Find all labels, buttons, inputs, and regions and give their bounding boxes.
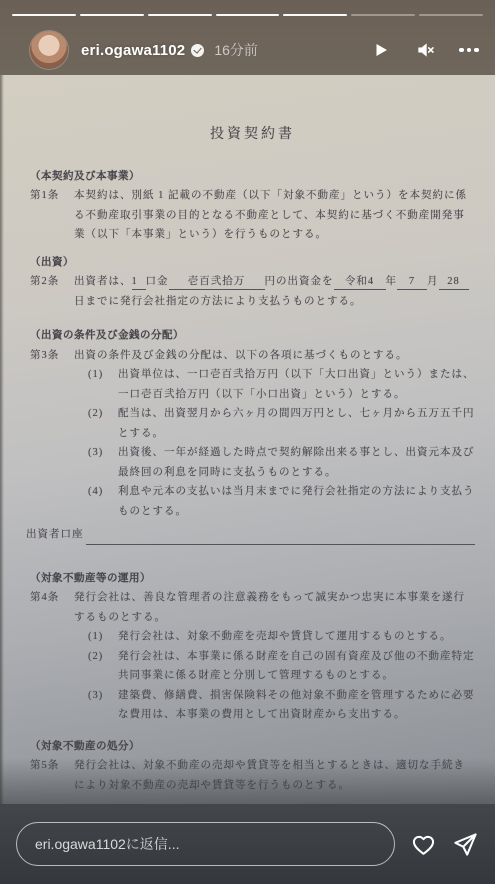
section-heading-2: （出資） [30, 253, 475, 273]
mute-button[interactable] [413, 38, 437, 62]
reply-input[interactable] [35, 836, 376, 852]
progress-segment [80, 14, 144, 16]
progress-segment [148, 14, 212, 16]
story-media[interactable]: 投資契約書 （本契約及び本事業） 第1条 本契約は、別紙 1 記載の不動産（以下… [0, 75, 495, 804]
investor-account-blank [86, 531, 476, 545]
investor-account-row: 出資者口座 [26, 525, 475, 545]
heart-icon [410, 831, 437, 858]
story-footer [0, 804, 495, 884]
clause-item: (3) 建築費、修繕費、損害保険料その他対象不動産を管理するために必要な費用は、… [88, 686, 475, 725]
section-heading-3: （出資の条件及び金銭の分配） [30, 326, 475, 346]
document-title: 投資契約書 [30, 125, 475, 145]
investor-account-label: 出資者口座 [26, 525, 84, 545]
reply-field-container[interactable] [16, 822, 395, 866]
fill-day: 28 [439, 275, 469, 290]
more-options-button[interactable] [457, 38, 481, 62]
article-4-intro: 発行会社は、善良な管理者の注意義務をもって誠実かつ忠実に本事業を遂行するものとす… [74, 588, 475, 627]
section-heading-1: （本契約及び本事業） [30, 167, 475, 187]
article-4: 第4条 発行会社は、善良な管理者の注意義務をもって誠実かつ忠実に本事業を遂行する… [30, 588, 475, 725]
clause-item: (1) 発行会社は、対象不動産を売却や賃貸して運用するものとする。 [88, 627, 475, 647]
avatar[interactable] [30, 31, 68, 69]
share-button[interactable] [451, 830, 479, 858]
play-button[interactable] [369, 38, 393, 62]
progress-segment [351, 14, 415, 16]
article-1-text: 本契約は、別紙 1 記載の不動産（以下「対象不動産」という）を本契約に係る不動産… [74, 186, 475, 245]
clause-item: (4) 利息や元本の支払いは当月末までに発行会社指定の方法により支払うものとする… [88, 482, 475, 521]
section-heading-4: （対象不動産等の運用） [30, 569, 475, 589]
username[interactable]: eri.ogawa1102 [81, 42, 185, 59]
article-3-intro: 出資の条件及び金銭の分配は、以下の各項に基づくものとする。 [74, 346, 475, 366]
sound-off-icon [415, 40, 435, 60]
progress-segment [419, 14, 483, 16]
progress-segment [283, 14, 347, 16]
clause-item: (2) 発行会社は、本事業に係る財産を自己の固有資産及び他の不動産特定共同事業に… [88, 647, 475, 686]
story-timestamp: 16分前 [214, 40, 258, 60]
verified-badge-icon [191, 44, 204, 57]
fill-units: 1 [132, 275, 146, 290]
progress-segment [12, 14, 76, 16]
progress-segment [216, 14, 280, 16]
article-1-label: 第1条 [30, 186, 74, 206]
clause-item: (3) 出資後、一年が経過した時点で契約解除出来る事とし、出資元本及び最終回の利… [88, 443, 475, 482]
like-button[interactable] [409, 830, 437, 858]
clause-item: (2) 配当は、出資翌月から六ヶ月の間四万円とし、七ヶ月から五万五千円とする。 [88, 404, 475, 443]
article-3-label: 第3条 [30, 346, 74, 366]
fill-month: 7 [397, 275, 427, 290]
article-2-text: 出資者は、1口金壱百弐拾万円の出資金を令和4年7月28日までに発行会社指定の方法… [74, 272, 475, 311]
story-viewer: eri.ogawa1102 16分前 [0, 0, 495, 884]
section-heading-5: （対象不動産の処分） [30, 737, 475, 757]
article-5-text: 発行会社は、対象不動産の売却や賃貸等を相当とするときは、適切な手続きにより対象不… [74, 756, 475, 795]
fill-amount: 壱百弐拾万 [169, 275, 265, 290]
contract-document: 投資契約書 （本契約及び本事業） 第1条 本契約は、別紙 1 記載の不動産（以下… [0, 75, 495, 795]
fill-era-year: 令和4 [334, 275, 386, 290]
article-2-label: 第2条 [30, 272, 74, 292]
article-1: 第1条 本契約は、別紙 1 記載の不動産（以下「対象不動産」という）を本契約に係… [30, 186, 475, 245]
story-progress [12, 14, 483, 16]
paper-plane-icon [452, 831, 479, 858]
article-4-label: 第4条 [30, 588, 74, 608]
article-2: 第2条 出資者は、1口金壱百弐拾万円の出資金を令和4年7月28日までに発行会社指… [30, 272, 475, 311]
play-icon [372, 41, 390, 59]
article-5-label: 第5条 [30, 756, 74, 776]
article-3: 第3条 出資の条件及び金銭の分配は、以下の各項に基づくものとする。 (1) 出資… [30, 346, 475, 522]
story-header: eri.ogawa1102 16分前 [0, 0, 495, 75]
more-options-icon [459, 48, 464, 53]
clause-item: (1) 出資単位は、一口壱百弐拾万円（以下「大口出資」という）または、一口壱百弐… [88, 365, 475, 404]
article-5: 第5条 発行会社は、対象不動産の売却や賃貸等を相当とするときは、適切な手続きによ… [30, 756, 475, 795]
